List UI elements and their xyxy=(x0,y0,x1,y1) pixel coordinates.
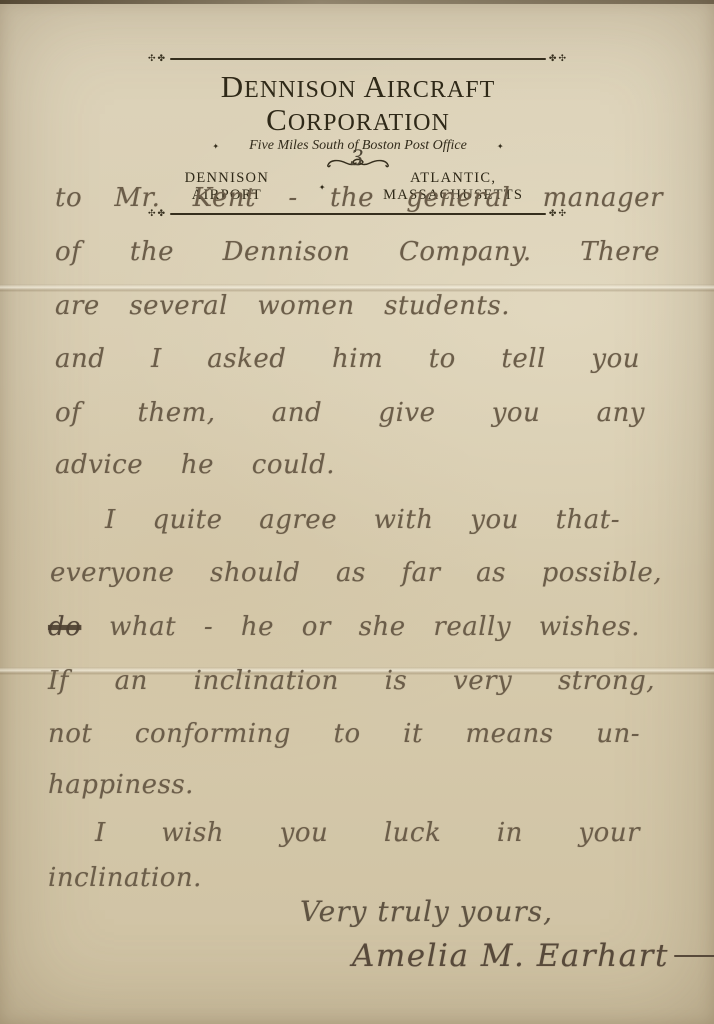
handwriting-line: I wish you luck in your xyxy=(95,818,640,849)
handwriting-line: are several women students. xyxy=(55,291,510,322)
handwriting-line: and I asked him to tell you xyxy=(55,344,640,375)
handwriting-line: everyone should as far as possible, xyxy=(50,558,662,589)
handwriting-line: I quite agree with you that- xyxy=(105,505,620,536)
rule-top: ✣✤ ✤✣ xyxy=(148,54,568,64)
handwriting-line: of them, and give you any xyxy=(55,398,645,429)
rule-ornament-icon: ✤✣ xyxy=(549,55,568,64)
handwriting-line: to Mr. Kent - the general manager xyxy=(55,183,663,214)
page-number: 3 xyxy=(0,146,714,170)
signature-flourish xyxy=(674,955,714,957)
handwriting-line: not conforming to it means un- xyxy=(48,719,640,750)
company-name: Dennison Aircraft Corporation xyxy=(148,71,568,136)
handwriting-line: of the Dennison Company. There xyxy=(55,237,660,268)
handwriting-line: do what - he or she really wishes. xyxy=(48,612,640,643)
rule-ornament-icon: ✣✤ xyxy=(148,55,167,64)
closing: Very truly yours, xyxy=(300,895,553,928)
handwriting-line: advice he could. xyxy=(55,450,335,481)
letter-page: ✣✤ ✤✣ Dennison Aircraft Corporation ✦ Fi… xyxy=(0,0,714,1024)
signature-text: Amelia M. Earhart xyxy=(352,938,669,974)
handwriting-line: If an inclination is very strong, xyxy=(48,666,655,697)
signature: Amelia M. Earhart xyxy=(352,938,714,974)
handwriting-line: inclination. xyxy=(48,863,202,894)
handwriting-line: happiness. xyxy=(48,770,194,801)
rule-line xyxy=(170,58,546,60)
struck-word: do xyxy=(48,612,81,642)
handwriting-text: what - he or she really wishes. xyxy=(109,612,640,642)
